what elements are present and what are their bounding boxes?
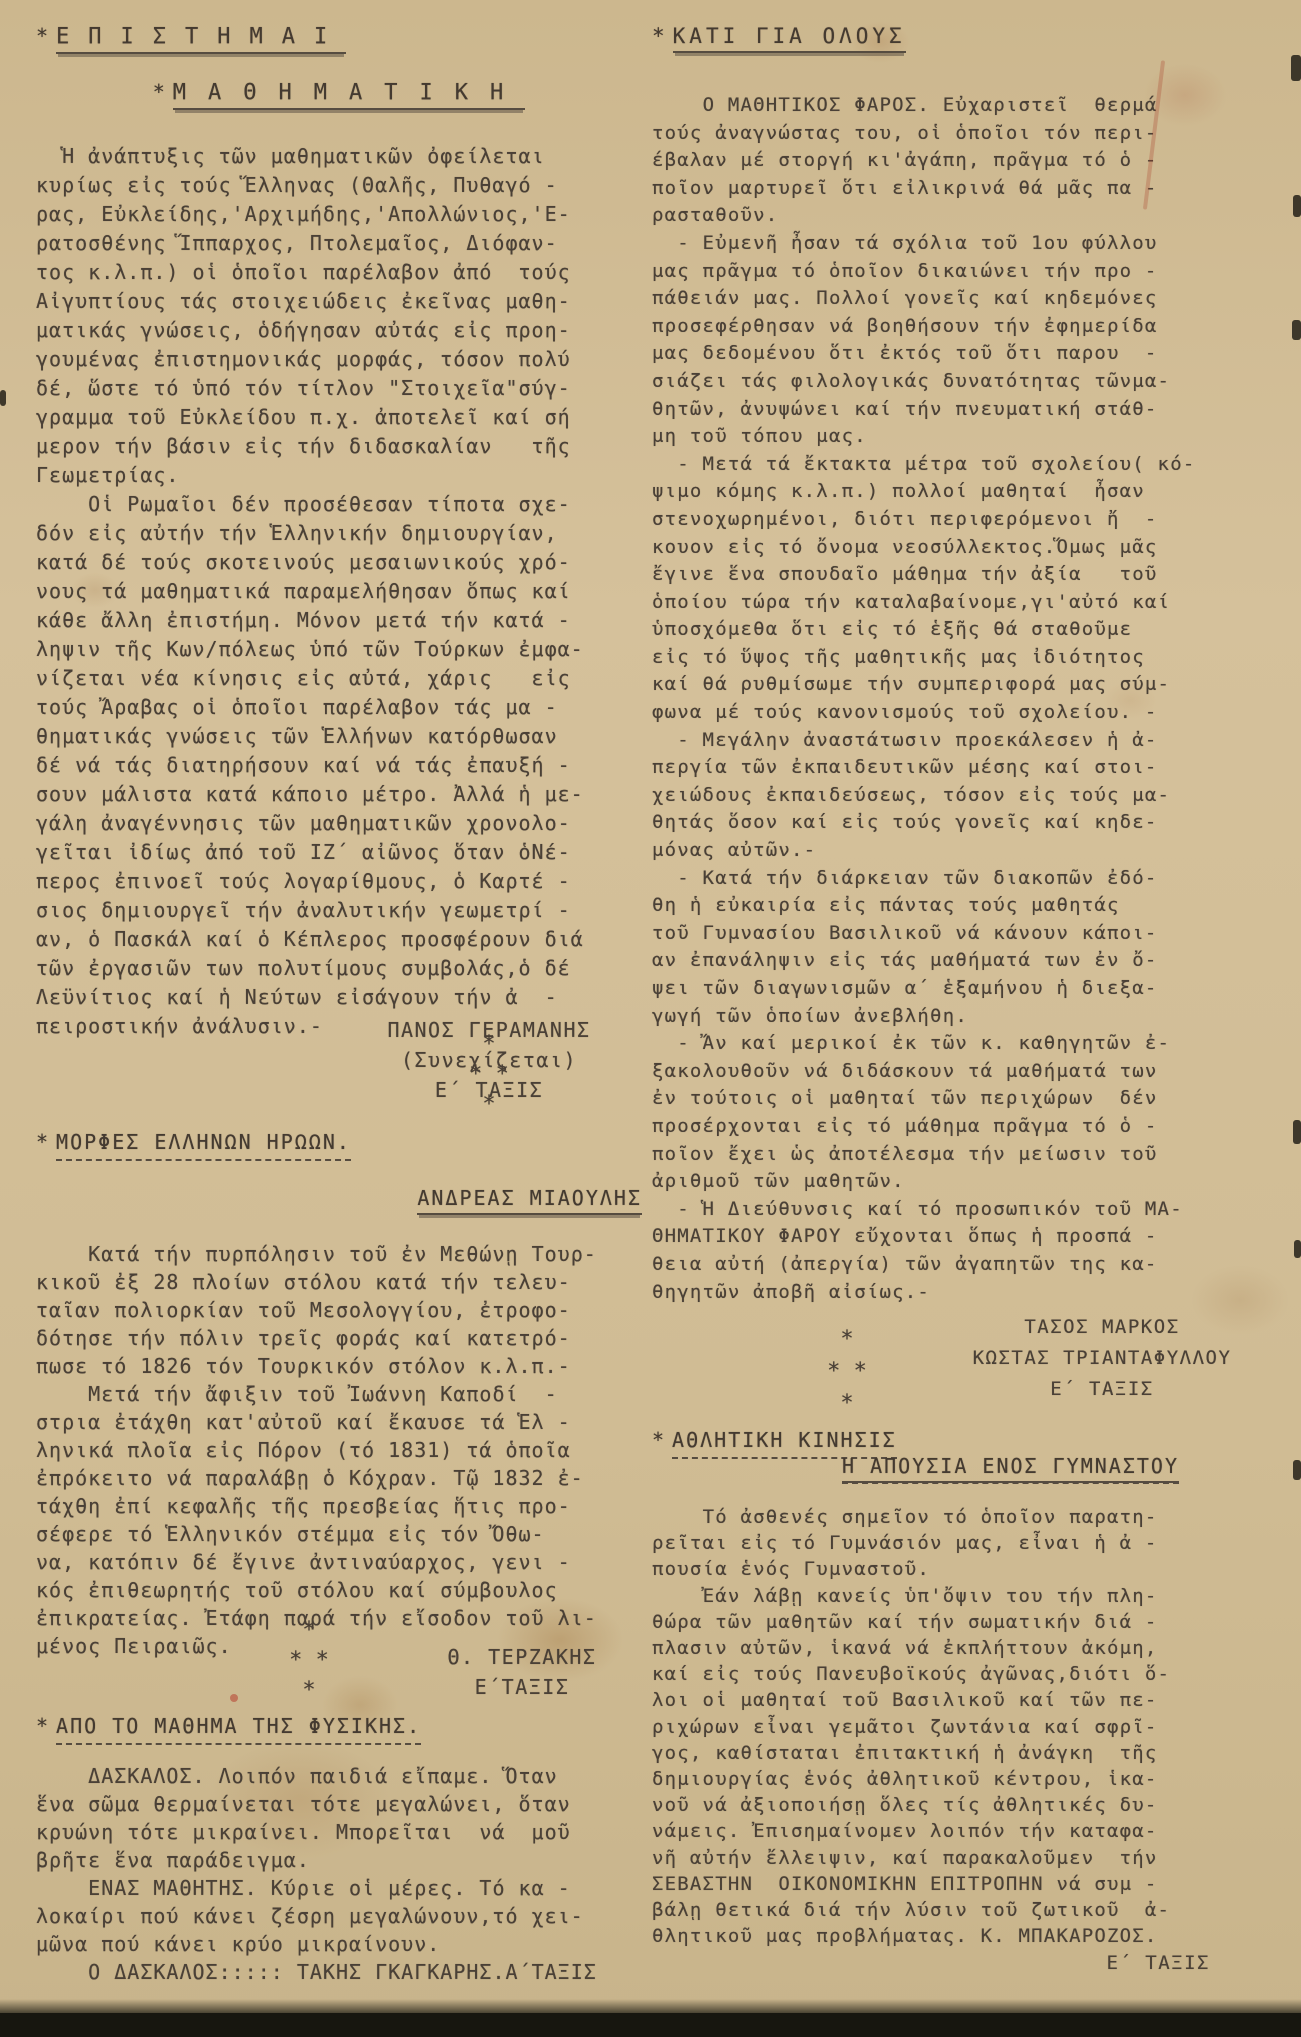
asterisk-icon: * <box>36 24 48 48</box>
left-column: *ΕΠΙΣΤΗΜΑΙ *ΜΑΘΗΜΑΤΙΚΗ Ἡ ἀνάπτυξις τῶν μ… <box>36 0 642 2037</box>
right-column: *ΚΑΤΙ ΓΙΑ ΟΛΟΥΣ Ο ΜΑΘΗΤΙΚΟΣ ΦΑΡΟΣ. Εὐχαρ… <box>652 0 1280 2037</box>
scan-edge-mark <box>1293 1460 1301 1480</box>
heroes-signature-name: Θ. ΤΕΡΖΑΚΗΣ <box>402 1642 642 1672</box>
heroes-signature: Θ. ΤΕΡΖΑΚΗΣ Ε΄ΤΑΞΙΣ <box>402 1642 642 1702</box>
scan-edge-mark <box>1292 320 1301 340</box>
math-title-text: ΜΑΘΗΜΑΤΙΚΗ <box>173 80 525 110</box>
asterisk-icon: * <box>652 24 665 48</box>
physics-article-body: ΔΑΣΚΑΛΟΣ. Λοιπόν παιδιά εἴπαμε. Ὅταν ἕνα… <box>36 1762 733 1986</box>
sports-article-body: Τό ἀσθενές σημεῖον τό ὁποῖον παρατη- ρεῖ… <box>652 1504 1280 1949</box>
scanned-newspaper-page: *ΕΠΙΣΤΗΜΑΙ *ΜΑΘΗΜΑΤΙΚΗ Ἡ ἀνάπτυξις τῶν μ… <box>0 0 1301 2037</box>
news-signature-class: Ε΄ ΤΑΞΙΣ <box>932 1374 1272 1405</box>
math-signature: ΠΑΝΟΣ ΓΕΡΑΜΑΝΗΣ (Συνεχίζεται) Ε΄ ΤΑΞΙΣ <box>344 1015 634 1105</box>
red-ink-dot <box>230 1694 238 1702</box>
sports-subtitle: Η ΑΠΟΥΣΙΑ ΕΝΟΣ ΓΥΜΝΑΣΤΟΥ <box>842 1454 1179 1484</box>
scan-edge-mark <box>0 390 6 406</box>
heroes-subtitle: ΑΝΔΡΕΑΣ ΜΙΑΟΥΛΗΣ <box>36 1186 642 1210</box>
right-masthead-title: ΚΑΤΙ ΓΙΑ ΟΛΟΥΣ <box>673 24 906 53</box>
sports-subtitle-text: Η ΑΠΟΥΣΙΑ ΕΝΟΣ ΓΥΜΝΑΣΤΟΥ <box>842 1454 1179 1483</box>
math-article-body: Ἡ ἀνάπτυξις τῶν μαθηματικῶν ὀφείλεται κυ… <box>36 142 642 1041</box>
asterisk-icon: * <box>652 1428 664 1452</box>
sports-section-title: *ΑΘΛΗΤΙΚΗ ΚΙΝΗΣΙΣ <box>652 1428 897 1452</box>
sports-signature-class: Ε΄ ΤΑΞΙΣ <box>1010 1948 1210 1978</box>
scan-edge-mark <box>1294 1240 1301 1258</box>
star-divider: * * * * <box>802 1324 892 1420</box>
heroes-article-body: Κατά τήν πυρπόλησιν τοῦ ἐν Μεθώνῃ Τουρ- … <box>36 1240 642 1660</box>
left-masthead-title: ΕΠΙΣΤΗΜΑΙ <box>56 24 346 54</box>
news-article-body: Ο ΜΑΘΗΤΙΚΟΣ ΦΑΡΟΣ. Εὐχαριστεῖ θερμά τούς… <box>652 92 1280 1306</box>
scan-edge-mark <box>1293 195 1301 217</box>
left-masthead: *ΕΠΙΣΤΗΜΑΙ <box>36 24 346 49</box>
math-signature-name: ΠΑΝΟΣ ΓΕΡΑΜΑΝΗΣ <box>344 1015 634 1045</box>
right-masthead: *ΚΑΤΙ ΓΙΑ ΟΛΟΥΣ <box>652 24 906 48</box>
scan-edge-mark <box>1291 55 1301 81</box>
news-signature-name-2: ΚΩΣΤΑΣ ΤΡΙΑΝΤΑΦΥΛΛΟΥ <box>932 1343 1272 1374</box>
heroes-subtitle-text: ΑΝΔΡΕΑΣ ΜΙΑΟΥΛΗΣ <box>417 1186 642 1215</box>
star-divider: * * * * <box>264 1616 354 1706</box>
heroes-signature-class: Ε΄ΤΑΞΙΣ <box>402 1672 642 1702</box>
physics-section-title: *ΑΠΟ ΤΟ ΜΑΘΗΜΑ ΤΗΣ ΦΥΣΙΚΗΣ. <box>36 1714 421 1738</box>
news-signature: ΤΑΣΟΣ ΜΑΡΚΟΣ ΚΩΣΤΑΣ ΤΡΙΑΝΤΑΦΥΛΛΟΥ Ε΄ ΤΑΞ… <box>932 1312 1272 1405</box>
asterisk-icon: * <box>153 80 165 104</box>
math-section-title: *ΜΑΘΗΜΑΤΙΚΗ <box>36 80 642 105</box>
physics-title-text: ΑΠΟ ΤΟ ΜΑΘΗΜΑ ΤΗΣ ΦΥΣΙΚΗΣ. <box>56 1714 421 1745</box>
math-signature-class: Ε΄ ΤΑΞΙΣ <box>344 1075 634 1105</box>
scan-edge-mark <box>1293 1120 1301 1144</box>
heroes-title-text: ΜΟΡΦΕΣ ΕΛΛΗΝΩΝ ΗΡΩΩΝ. <box>56 1130 351 1161</box>
heroes-section-title: *ΜΟΡΦΕΣ ΕΛΛΗΝΩΝ ΗΡΩΩΝ. <box>36 1130 351 1154</box>
asterisk-icon: * <box>36 1714 48 1738</box>
scan-bottom-edge <box>0 2013 1301 2037</box>
math-signature-note: (Συνεχίζεται) <box>344 1045 634 1075</box>
asterisk-icon: * <box>36 1130 48 1154</box>
news-signature-name-1: ΤΑΣΟΣ ΜΑΡΚΟΣ <box>932 1312 1272 1343</box>
